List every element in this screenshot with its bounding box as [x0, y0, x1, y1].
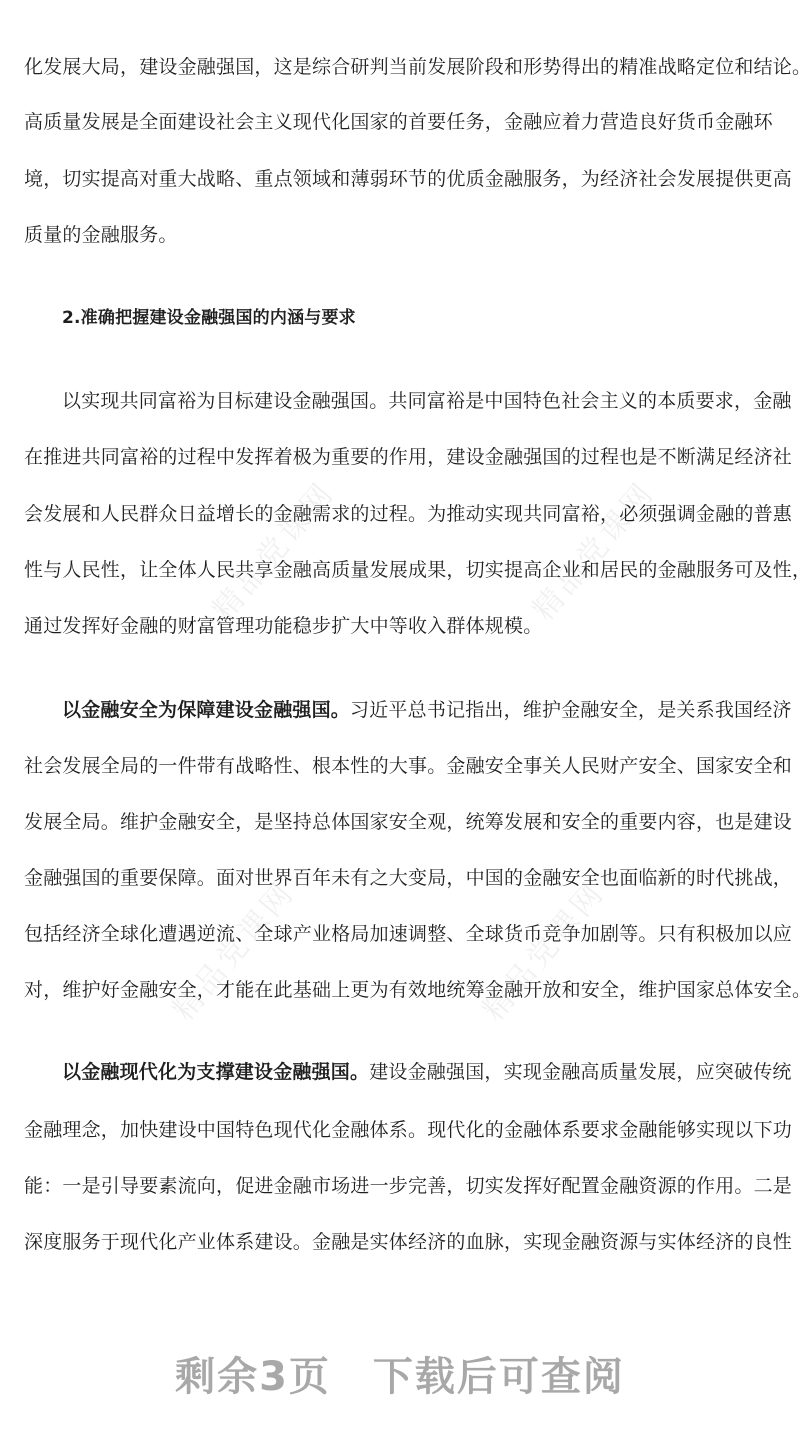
paragraph-line: 通过发挥好金融的财富管理功能稳步扩大中等收入群体规模。	[24, 612, 776, 640]
paragraph-line: 以金融现代化为支撑建设金融强国。建设金融强国，实现金融高质量发展，应突破传统	[62, 1058, 776, 1086]
paragraph-lead-bold: 以金融现代化为支撑建设金融强国。	[62, 1061, 369, 1083]
paragraph-line: 性与人民性，让全体人民共享金融高质量发展成果，切实提高企业和居民的金融服务可及性…	[24, 556, 776, 584]
paragraph-lead-bold: 以金融安全为保障建设金融强国。	[62, 699, 350, 721]
paragraph-line: 深度服务于现代化产业体系建设。金融是实体经济的血脉，实现金融资源与实体经济的良性	[24, 1228, 776, 1256]
download-to-view-label[interactable]: 下载后可查阅	[373, 1345, 625, 1402]
paragraph-line: 化发展大局，建设金融强国，这是综合研判当前发展阶段和形势得出的精准战略定位和结论…	[24, 53, 776, 81]
watermark: 精品党课网	[470, 870, 613, 1029]
paragraph-line: 高质量发展是全面建设社会主义现代化国家的首要任务，金融应着力营造良好货币金融环	[24, 108, 776, 136]
watermark: 精品党课网	[200, 470, 343, 629]
paragraph-line: 会发展和人民群众日益增长的金融需求的过程。为推动实现共同富裕，必须强调金融的普惠	[24, 500, 776, 528]
paragraph-line: 以实现共同富裕为目标建设金融强国。共同富裕是中国特色社会主义的本质要求，金融	[62, 387, 776, 415]
section-heading: 2.准确把握建设金融强国的内涵与要求	[62, 304, 776, 332]
paragraph-line: 能：一是引导要素流向，促进金融市场进一步完善，切实发挥好配置金融资源的作用。二是	[24, 1172, 776, 1200]
paragraph-line: 金融强国的重要保障。面对世界百年未有之大变局，中国的金融安全也面临新的时代挑战，	[24, 864, 776, 892]
watermark: 精品党课网	[160, 870, 303, 1029]
paragraph-line: 对，维护好金融安全，才能在此基础上更为有效地统筹金融开放和安全，维护国家总体安全…	[24, 976, 776, 1004]
download-prompt-banner[interactable]: 剩余3页下载后可查阅	[0, 1345, 800, 1402]
paragraph-line: 境，切实提高对重大战略、重点领域和薄弱环节的优质金融服务，为经济社会发展提供更高	[24, 165, 776, 193]
paragraph-line: 在推进共同富裕的过程中发挥着极为重要的作用，建设金融强国的过程也是不断满足经济社	[24, 443, 776, 471]
paragraph-line: 包括经济全球化遭遇逆流、全球产业格局加速调整、全球货币竞争加剧等。只有积极加以应	[24, 920, 776, 948]
paragraph-line: 以金融安全为保障建设金融强国。习近平总书记指出，维护金融安全，是关系我国经济	[62, 696, 776, 724]
paragraph-lead-text: 建设金融强国，实现金融高质量发展，应突破传统	[369, 1061, 791, 1083]
paragraph-line: 发展全局。维护金融安全，是坚持总体国家安全观，统筹发展和安全的重要内容，也是建设	[24, 808, 776, 836]
paragraph-lead-text: 习近平总书记指出，维护金融安全，是关系我国经济	[350, 699, 792, 721]
watermark: 精品党课网	[520, 470, 663, 629]
paragraph-line: 社会发展全局的一件带有战略性、根本性的大事。金融安全事关人民财产安全、国家安全和	[24, 752, 776, 780]
remaining-pages-label: 剩余3页	[175, 1345, 331, 1402]
paragraph-line: 金融理念，加快建设中国特色现代化金融体系。现代化的金融体系要求金融能够实现以下功	[24, 1116, 776, 1144]
document-page: 精品党课网 精品党课网 精品党课网 精品党课网 化发展大局，建设金融强国，这是综…	[0, 0, 800, 1450]
paragraph-line: 质量的金融服务。	[24, 221, 776, 249]
